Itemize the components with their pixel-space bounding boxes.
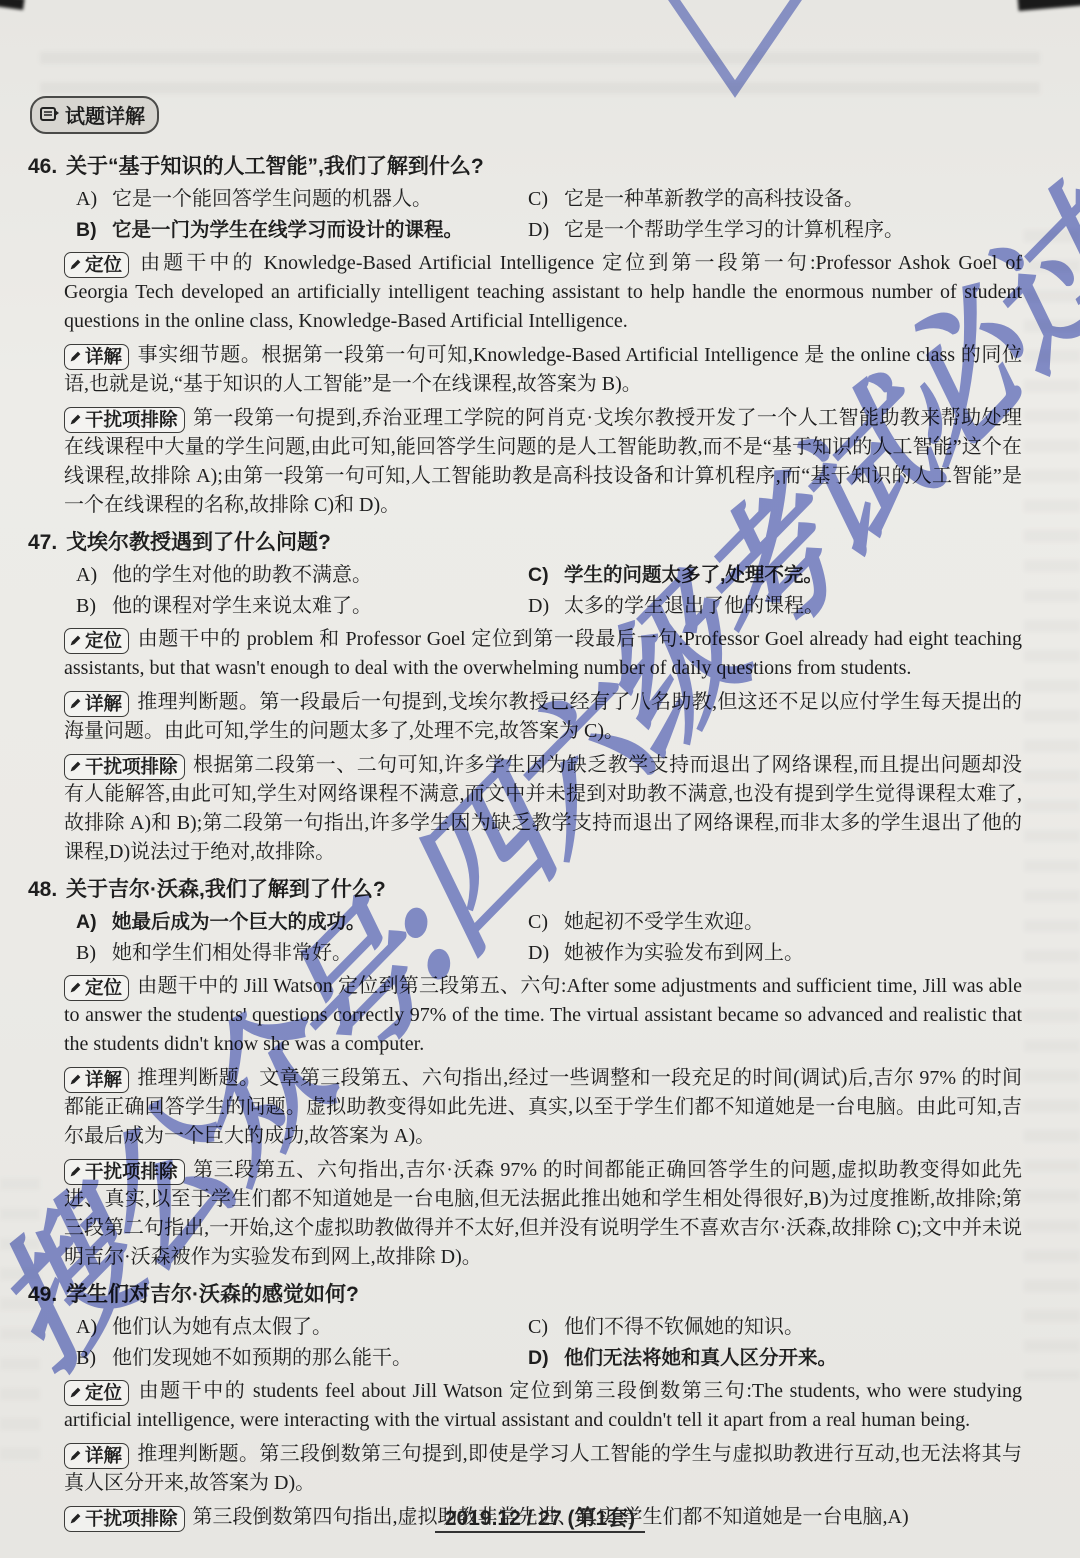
exclude-paragraph: 干扰项排除根据第二段第一、二句可知,许多学生因为缺乏教学支持而退出了网络课程,而…: [64, 751, 1022, 867]
locate-paragraph: 定位由题干中的 problem 和 Professor Goel 定位到第一段最…: [64, 625, 1022, 683]
option-d: D)它是一个帮助学生学习的计算机程序。: [528, 216, 1022, 244]
question-47: 47. 戈埃尔教授遇到了什么问题? A)他的学生对他的助教不满意。 C)学生的问…: [28, 528, 1022, 867]
option-grid: A)他们认为她有点太假了。 C)他们不得不钦佩她的知识。 B)他们发现她不如预期…: [76, 1313, 1022, 1372]
locate-pill: 定位: [64, 975, 129, 1001]
notebook-icon: [40, 106, 60, 123]
locate-paragraph: 定位由题干中的 students feel about Jill Watson …: [64, 1377, 1022, 1435]
question-number: 47.: [28, 528, 66, 558]
question-46: 46. 关于“基于知识的人工智能”,我们了解到什么? A)它是一个能回答学生问题…: [28, 152, 1022, 520]
question-stem: 戈埃尔教授遇到了什么问题?: [66, 528, 331, 558]
explain-paragraph: 详解推理判断题。文章第三段第五、六句指出,经过一些调整和一段充足的时间(调试)后…: [64, 1064, 1022, 1151]
option-grid: A)它是一个能回答学生问题的机器人。 C)它是一种革新教学的高科技设备。 B)它…: [76, 185, 1022, 244]
pencil-icon: [69, 1386, 82, 1399]
option-c: C)她起初不受学生欢迎。: [528, 908, 1022, 936]
option-d-answer: D)他们无法将她和真人区分开来。: [528, 1344, 1022, 1372]
question-stem-row: 49. 学生们对吉尔·沃森的感觉如何?: [28, 1280, 1022, 1310]
question-48: 48. 关于吉尔·沃森,我们了解到了什么? A)她最后成为一个巨大的成功。 C)…: [28, 875, 1022, 1272]
locate-pill: 定位: [64, 1380, 129, 1406]
explain-pill: 详解: [64, 1443, 129, 1469]
option-b-answer: B)它是一门为学生在线学习而设计的课程。: [76, 216, 528, 244]
pencil-icon: [69, 1165, 82, 1178]
page-footer: 2019.12 / 27 (第1套): [0, 1502, 1080, 1532]
answer-explanations: 46. 关于“基于知识的人工智能”,我们了解到什么? A)它是一个能回答学生问题…: [0, 134, 1080, 1532]
option-c: C)它是一种革新教学的高科技设备。: [528, 185, 1022, 213]
page-indicator: 2019.12 / 27 (第1套): [435, 1507, 645, 1533]
exclude-pill: 干扰项排除: [64, 754, 185, 780]
pencil-icon: [69, 350, 82, 363]
locate-paragraph: 定位由题干中的 Jill Watson 定位到第三段第五、六句:After so…: [64, 972, 1022, 1059]
page-header: 试题详解: [0, 0, 1080, 134]
section-badge: 试题详解: [30, 96, 159, 134]
pencil-icon: [69, 697, 82, 710]
question-stem: 学生们对吉尔·沃森的感觉如何?: [66, 1280, 359, 1310]
exclude-paragraph: 干扰项排除第三段第五、六句指出,吉尔·沃森 97% 的时间都能正确回答学生的问题…: [64, 1156, 1022, 1272]
locate-paragraph: 定位由题干中的 Knowledge-Based Artificial Intel…: [64, 249, 1022, 336]
question-stem: 关于“基于知识的人工智能”,我们了解到什么?: [66, 152, 484, 182]
option-a: A)他们认为她有点太假了。: [76, 1313, 528, 1341]
option-a-answer: A)她最后成为一个巨大的成功。: [76, 908, 528, 936]
exclude-pill: 干扰项排除: [64, 1159, 185, 1185]
pencil-icon: [69, 760, 82, 773]
option-grid: A)她最后成为一个巨大的成功。 C)她起初不受学生欢迎。 B)她和学生们相处得非…: [76, 908, 1022, 967]
option-d: D)她被作为实验发布到网上。: [528, 939, 1022, 967]
explain-paragraph: 详解推理判断题。第一段最后一句提到,戈埃尔教授已经有了八名助教,但这还不足以应付…: [64, 688, 1022, 746]
pencil-icon: [69, 1073, 82, 1086]
exclude-pill: 干扰项排除: [64, 407, 185, 433]
option-d: D)太多的学生退出了他的课程。: [528, 592, 1022, 620]
explain-pill: 详解: [64, 1067, 129, 1093]
question-number: 48.: [28, 875, 66, 905]
locate-pill: 定位: [64, 252, 129, 278]
option-b: B)他们发现她不如预期的那么能干。: [76, 1344, 528, 1372]
question-stem-row: 48. 关于吉尔·沃森,我们了解到了什么?: [28, 875, 1022, 905]
question-49: 49. 学生们对吉尔·沃森的感觉如何? A)他们认为她有点太假了。 C)他们不得…: [28, 1280, 1022, 1532]
option-b: B)他的课程对学生来说太难了。: [76, 592, 528, 620]
explain-paragraph: 详解事实细节题。根据第一段第一句可知,Knowledge-Based Artif…: [64, 341, 1022, 399]
question-stem-row: 47. 戈埃尔教授遇到了什么问题?: [28, 528, 1022, 558]
pencil-icon: [69, 981, 82, 994]
option-b: B)她和学生们相处得非常好。: [76, 939, 528, 967]
option-grid: A)他的学生对他的助教不满意。 C)学生的问题太多了,处理不完。 B)他的课程对…: [76, 561, 1022, 620]
option-a: A)它是一个能回答学生问题的机器人。: [76, 185, 528, 213]
question-stem-row: 46. 关于“基于知识的人工智能”,我们了解到什么?: [28, 152, 1022, 182]
option-c: C)他们不得不钦佩她的知识。: [528, 1313, 1022, 1341]
locate-pill: 定位: [64, 628, 129, 654]
option-a: A)他的学生对他的助教不满意。: [76, 561, 528, 589]
section-badge-label: 试题详解: [65, 100, 145, 129]
pencil-icon: [69, 413, 82, 426]
question-number: 49.: [28, 1280, 66, 1310]
explain-paragraph: 详解推理判断题。第三段倒数第三句提到,即使是学习人工智能的学生与虚拟助教进行互动…: [64, 1440, 1022, 1498]
exclude-paragraph: 干扰项排除第一段第一句提到,乔治亚理工学院的阿肖克·戈埃尔教授开发了一个人工智能…: [64, 404, 1022, 520]
scanned-answer-page: 搜公众号:四六级考试必过 试题详解 46. 关于“基于知识的人工智能”,我们了解…: [0, 0, 1080, 1558]
question-stem: 关于吉尔·沃森,我们了解到了什么?: [66, 875, 386, 905]
question-number: 46.: [28, 152, 66, 182]
pencil-icon: [69, 634, 82, 647]
option-c-answer: C)学生的问题太多了,处理不完。: [528, 561, 1022, 589]
pencil-icon: [69, 1449, 82, 1462]
pencil-icon: [69, 258, 82, 271]
explain-pill: 详解: [64, 691, 129, 717]
explain-pill: 详解: [64, 344, 129, 370]
